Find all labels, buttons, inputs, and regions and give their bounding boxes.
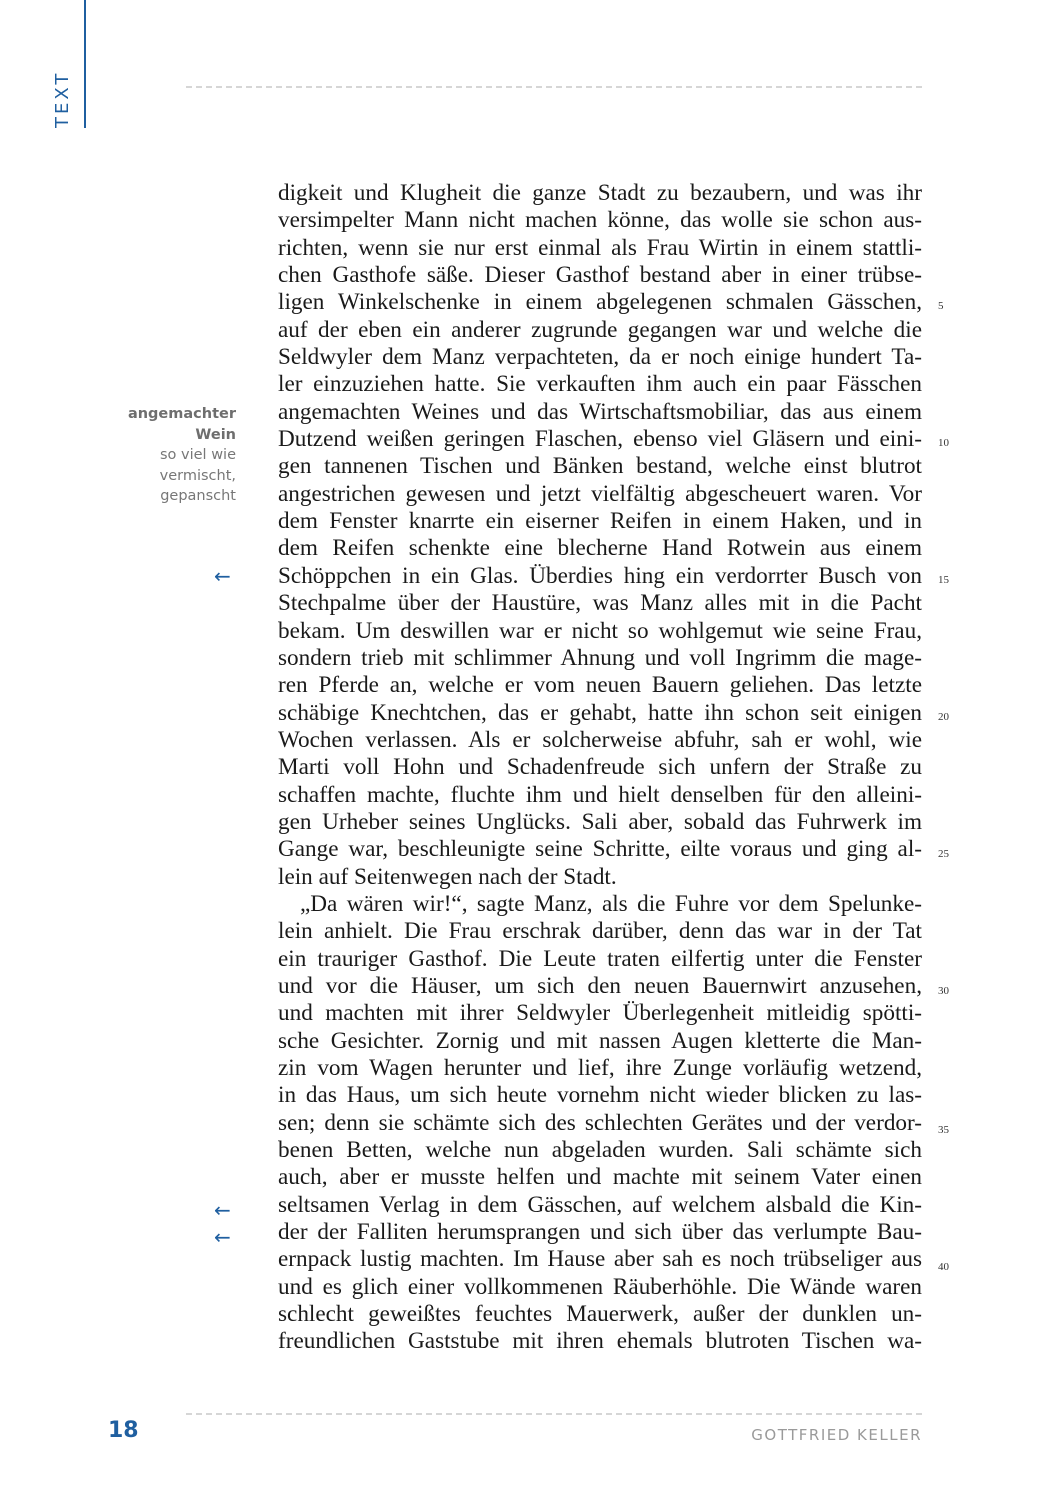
gloss-term-line: Wein [100,425,236,446]
text-line: Stechpalme über der Haustüre, was Manz a… [278,590,922,617]
line-number: 20 [938,711,968,723]
text-line: der der Falliten herumsprangen und sich … [278,1219,922,1246]
margin-gloss: angemachter Wein so viel wie vermischt, … [100,404,236,507]
text-line: ren Pferde an, welche er vom neuen Bauer… [278,672,922,699]
text-line: ler einzuziehen hatte. Sie verkauften ih… [278,371,922,398]
text-line: Schöppchen in ein Glas. Überdies hing ei… [278,563,922,590]
line-number: 25 [938,848,968,860]
line-number: 40 [938,1261,968,1273]
text-line: in das Haus, um sich heute vornehm nicht… [278,1082,922,1109]
text-line: freundlichen Gaststube mit ihren ehemals… [278,1328,922,1355]
text-line: angemachten Weines und das Wirtschaftsmo… [278,399,922,426]
header-divider [186,86,922,88]
section-accent-bar [84,0,86,128]
text-line: Gange war, beschleunigte seine Schritte,… [278,836,922,863]
text-line: richten, wenn sie nur erst einmal als Fr… [278,235,922,262]
text-line: Seldwyler dem Manz verpachteten, da er n… [278,344,922,371]
text-line: ernpack lustig machten. Im Hause aber sa… [278,1246,922,1273]
text-line: sen; denn sie schämte sich des schlechte… [278,1110,922,1137]
text-line: gen Urheber seines Unglücks. Sali aber, … [278,809,922,836]
text-line: lein anhielt. Die Frau erschrak darüber,… [278,918,922,945]
gloss-term-line: angemachter [100,404,236,425]
text-line: Dutzend weißen geringen Flaschen, ebenso… [278,426,922,453]
line-number: 15 [938,574,968,586]
text-line: sondern trieb mit schlimmer Ahnung und v… [278,645,922,672]
text-line: auch, aber er musste helfen und machte m… [278,1164,922,1191]
text-line: seltsamen Verlag in dem Gässchen, auf we… [278,1192,922,1219]
text-line: ligen Winkelschenke in einem abgelegenen… [278,289,922,316]
footer-divider [186,1413,922,1415]
gloss-definition-line: so viel wie [100,445,236,466]
page-number: 18 [108,1418,139,1443]
text-line: schlecht geweißtes feuchtes Mauerwerk, a… [278,1301,922,1328]
text-line: versimpelter Mann nicht machen könne, da… [278,207,922,234]
gloss-definition-line: gepanscht [100,486,236,507]
margin-arrow-icon: ← [214,1198,231,1222]
section-label: TEXT [52,71,73,128]
line-number: 35 [938,1124,968,1136]
text-line: benen Betten, welche nun abgeladen wurde… [278,1137,922,1164]
text-line: Wochen verlassen. Als er solcherweise ab… [278,727,922,754]
text-line: sche Gesichter. Zornig und mit nassen Au… [278,1028,922,1055]
text-line: schaffen machte, fluchte ihm und hielt d… [278,782,922,809]
text-line: und vor die Häuser, um sich den neuen Ba… [278,973,922,1000]
margin-arrow-icon: ← [214,1225,231,1249]
text-line: und machten mit ihrer Seldwyler Überlege… [278,1000,922,1027]
line-number: 30 [938,985,968,997]
line-number: 5 [938,300,968,312]
text-line: „Da wären wir!“, sagte Manz, als die Fuh… [278,891,922,918]
text-line: lein auf Seitenwegen nach der Stadt. [278,864,922,891]
text-line: ein trauriger Gasthof. Die Leute traten … [278,946,922,973]
text-line: dem Fenster knarrte ein eiserner Reifen … [278,508,922,535]
text-line: chen Gasthofe säße. Dieser Gasthof besta… [278,262,922,289]
body-text: digkeit und Klugheit die ganze Stadt zu … [278,180,922,1356]
author-name: GOTTFRIED KELLER [751,1426,922,1444]
text-line: zin vom Wagen herunter und lief, ihre Zu… [278,1055,922,1082]
text-line: und es glich einer vollkommenen Räuberhö… [278,1274,922,1301]
gloss-definition-line: vermischt, [100,466,236,487]
text-line: dem Reifen schenkte eine blecherne Hand … [278,535,922,562]
text-line: schäbige Knechtchen, das er gehabt, hatt… [278,700,922,727]
line-number: 10 [938,437,968,449]
text-line: digkeit und Klugheit die ganze Stadt zu … [278,180,922,207]
text-line: angestrichen gewesen und jetzt vielfälti… [278,481,922,508]
text-line: Marti voll Hohn und Schadenfreude sich u… [278,754,922,781]
text-line: auf der eben ein anderer zugrunde gegang… [278,317,922,344]
text-line: gen tannenen Tischen und Bänken bestand,… [278,453,922,480]
margin-arrow-icon: ← [214,564,231,588]
text-line: bekam. Um deswillen war er nicht so wohl… [278,618,922,645]
